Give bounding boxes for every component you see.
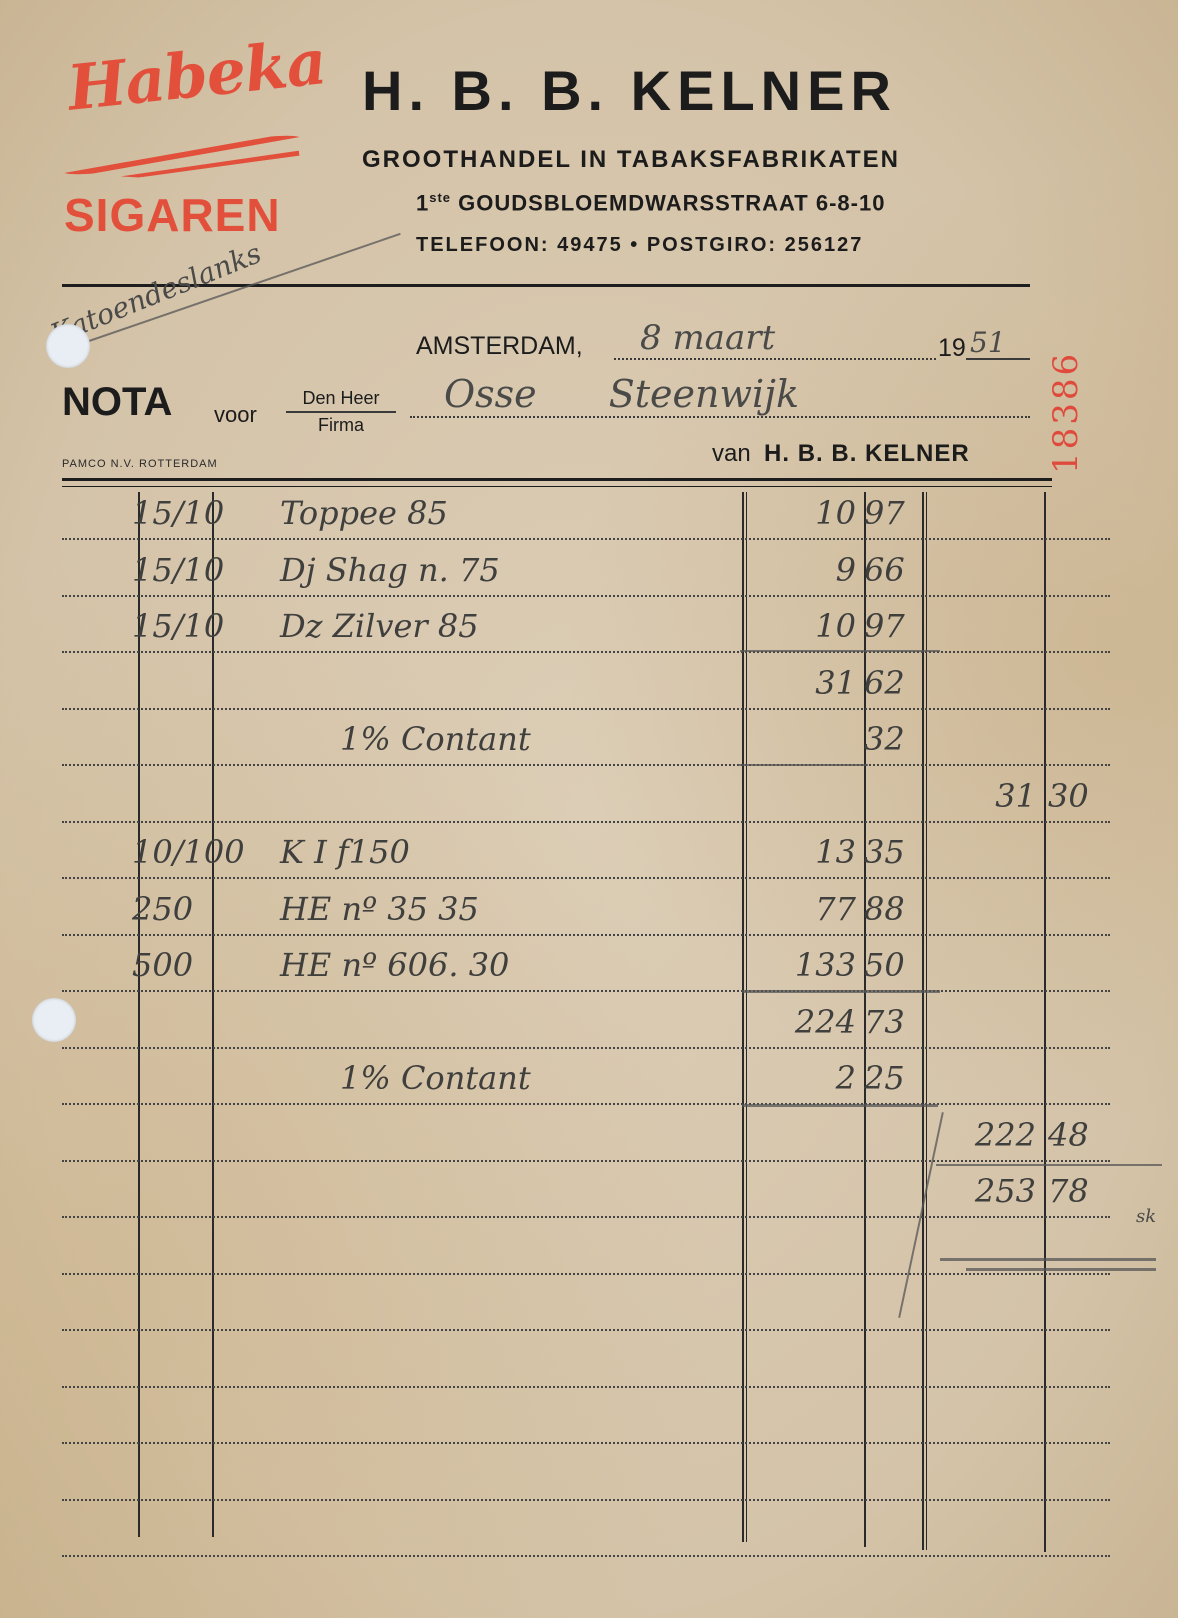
sum-line (936, 1164, 1162, 1166)
ledger-row-rule (62, 595, 1110, 597)
ledger-row-rule (62, 1499, 1110, 1501)
grand-total-double-line (940, 1258, 1156, 1261)
discount-line (738, 764, 868, 766)
column-divider-qty (138, 492, 140, 1537)
ledger-gulden-cell: 10 (748, 494, 856, 532)
ledger-desc-cell: 1% Contant (340, 720, 790, 758)
ledger-tot-c-cell: 48 (1048, 1116, 1128, 1154)
printer-imprint: PAMCO N.V. ROTTERDAM (62, 458, 218, 470)
ledger-tot-g-cell: 253 (928, 1172, 1036, 1210)
ledger-row-rule (62, 1329, 1110, 1331)
address-ordinal: ste (429, 190, 451, 205)
ledger-row-rule (62, 1047, 1110, 1049)
punch-hole (46, 324, 90, 368)
serial-number: 18386 (1046, 324, 1086, 474)
voor-label: voor (214, 402, 257, 428)
ledger-top-rule-thin (62, 486, 1052, 487)
ledger-row-rule (62, 1442, 1110, 1444)
ledger-qty-cell: 15/10 (132, 551, 242, 589)
ledger-gulden-cell: 10 (748, 607, 856, 645)
ledger-desc-cell: K I f150 (280, 833, 730, 871)
ledger-row-rule (62, 990, 1110, 992)
ledger-desc-cell: Dj Shag n. 75 (280, 551, 730, 589)
year-prefix: 19 (938, 334, 966, 363)
ledger-tot-g-cell: 222 (928, 1116, 1036, 1154)
date-dotted-line (614, 358, 936, 360)
grand-total-double-line (966, 1268, 1156, 1271)
from-company: H. B. B. KELNER (764, 440, 970, 467)
company-name: H. B. B. KELNER (362, 58, 897, 123)
ledger-desc-cell: HE nº 606. 30 (280, 946, 730, 984)
ledger-row-rule (62, 538, 1110, 540)
address-number: 1 (416, 190, 429, 215)
recipient-type-firma: Firma (286, 415, 396, 436)
column-divider-desc (212, 492, 214, 1537)
ledger-cent-cell: 88 (864, 890, 924, 928)
ledger-row-rule (62, 1103, 1110, 1105)
ledger-tot-c-cell: 78 (1048, 1172, 1128, 1210)
recipient-type-heer: Den Heer (286, 388, 396, 409)
company-phone-postgiro: TELEFOON: 49475 • POSTGIRO: 256127 (416, 234, 863, 257)
ledger-row-rule (62, 877, 1110, 879)
ledger-desc-cell: Dz Zilver 85 (280, 607, 730, 645)
invoice-sheet: Habeka SIGAREN H. B. B. KELNER GROOTHAND… (0, 0, 1178, 1618)
check-mark-stroke (898, 1112, 944, 1318)
address-street: GOUDSBLOEMDWARSSTRAAT 6-8-10 (451, 190, 885, 215)
ledger-row-rule (62, 708, 1110, 710)
ledger-gulden-cell: 224 (748, 1003, 856, 1041)
grand-total-suffix: sk (1136, 1206, 1156, 1227)
recipient-type: Den Heer Firma (286, 388, 396, 436)
ledger-desc-cell: Toppee 85 (280, 494, 730, 532)
ledger-cent-cell: 50 (864, 946, 924, 984)
ledger-tot-g-cell: 31 (928, 777, 1036, 815)
ledger-cent-cell: 66 (864, 551, 924, 589)
ledger-cent-cell: 97 (864, 494, 924, 532)
company-address: 1ste GOUDSBLOEMDWARSSTRAAT 6-8-10 (416, 190, 885, 216)
ledger-cent-cell: 25 (864, 1059, 924, 1097)
ledger-desc-cell: 1% Contant (340, 1059, 790, 1097)
ledger-cent-cell: 32 (864, 720, 924, 758)
ledger-gulden-cell: 13 (748, 833, 856, 871)
brand-logo-script: Habeka (64, 26, 320, 125)
recipient-dotted-line (410, 416, 1030, 418)
logo-swoosh-icon (120, 151, 300, 180)
ledger-row-rule (62, 1386, 1110, 1388)
ledger-qty-cell: 500 (132, 946, 242, 984)
ledger-gulden-cell: 2 (748, 1059, 856, 1097)
ledger-cent-cell: 97 (864, 607, 924, 645)
brand-logo-subtitle: SIGAREN (64, 188, 281, 242)
ledger-cent-cell: 62 (864, 664, 924, 702)
ledger-gulden-cell: 31 (748, 664, 856, 702)
year-handwritten: 51 (970, 326, 1006, 359)
ledger-tot-c-cell: 30 (1048, 777, 1128, 815)
date-handwritten: 8 maart (640, 318, 775, 358)
ledger-row-rule (62, 764, 1110, 766)
city-label: AMSTERDAM, (416, 332, 583, 361)
company-tagline: GROOTHANDEL IN TABAKSFABRIKATEN (362, 146, 900, 174)
recipient-type-divider (286, 411, 396, 413)
ledger-qty-cell: 10/100 (132, 833, 242, 871)
ledger-row-rule (62, 1216, 1110, 1218)
ledger-cent-cell: 35 (864, 833, 924, 871)
from-prefix: van (712, 440, 751, 467)
ledger-gulden-cell: 9 (748, 551, 856, 589)
punch-hole (32, 998, 76, 1042)
from-line: van H. B. B. KELNER (712, 440, 970, 468)
ledger-cent-cell: 73 (864, 1003, 924, 1041)
discount-line (742, 1104, 938, 1107)
ledger-row-rule (62, 821, 1110, 823)
ledger-row-rule (62, 934, 1110, 936)
ledger-row-rule (62, 1160, 1110, 1162)
ledger-gulden-cell: 77 (748, 890, 856, 928)
ledger-gulden-cell: 133 (748, 946, 856, 984)
nota-title: NOTA (62, 380, 172, 425)
subtotal-line (742, 990, 940, 993)
ledger-row-rule (62, 1555, 1110, 1557)
ledger-row-rule (62, 651, 1110, 653)
ledger-top-rule (62, 478, 1052, 481)
ledger-qty-cell: 250 (132, 890, 242, 928)
ledger-qty-cell: 15/10 (132, 494, 242, 532)
ledger-row-rule (62, 1273, 1110, 1275)
ledger-desc-cell: HE nº 35 35 (280, 890, 730, 928)
ledger-qty-cell: 15/10 (132, 607, 242, 645)
year-line (966, 358, 1030, 360)
subtotal-line (740, 650, 940, 652)
recipient-handwritten: Osse Steenwijk (444, 372, 799, 416)
